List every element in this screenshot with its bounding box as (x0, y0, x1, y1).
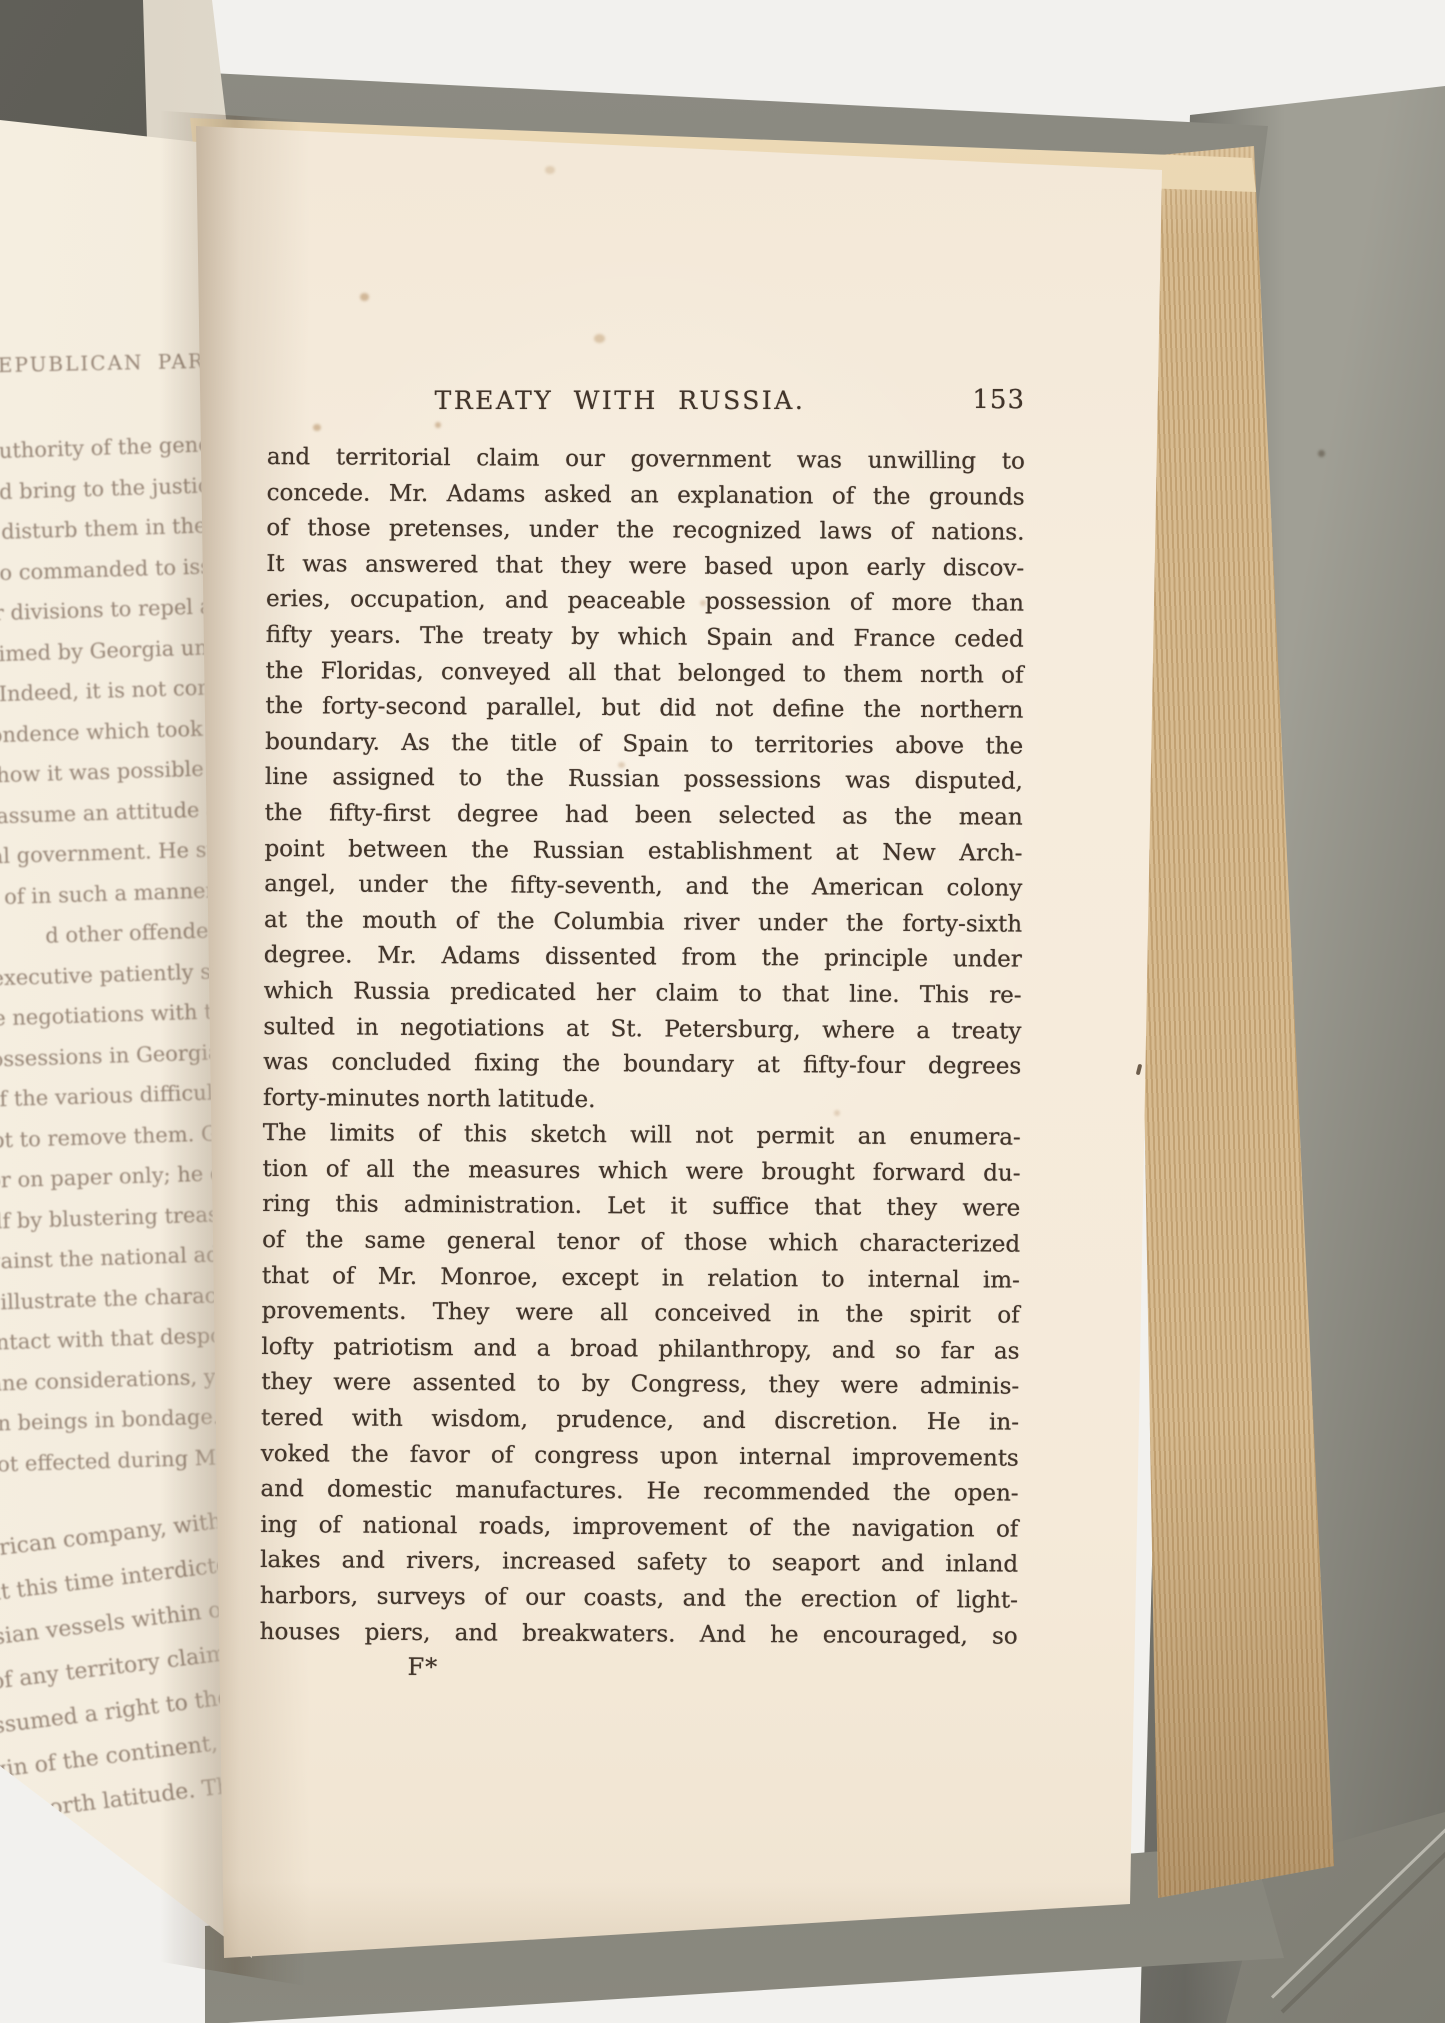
text-line: sulted in negotiations at St. Petersburg… (263, 1009, 1021, 1049)
text-line: tion of all the measures which were brou… (262, 1152, 1020, 1192)
text-line: point between the Russian establishment … (264, 832, 1022, 872)
page-number: 153 (943, 385, 1025, 415)
text-line: that of Mr. Monroe, except in relation t… (262, 1259, 1020, 1299)
foxing-spot (834, 1110, 840, 1116)
foxing-spot (360, 293, 369, 301)
foxing-spot (545, 166, 555, 174)
text-line: voked the favor of congress upon interna… (261, 1437, 1019, 1477)
text-line: tered with wisdom, prudence, and discret… (261, 1401, 1019, 1441)
foxing-spot (700, 600, 706, 606)
ink-mark (1136, 1064, 1143, 1076)
text-line: of those pretenses, under the recognized… (266, 511, 1024, 551)
text-line: was concluded fixing the boundary at fif… (263, 1045, 1021, 1085)
body-text: and territorial claim our government was… (259, 440, 1025, 1685)
running-head: TREATY WITH RUSSIA. (267, 386, 1025, 415)
text-line: the fifty-first degree had been selected… (265, 796, 1023, 836)
signature-mark: F* (407, 1653, 1017, 1685)
text-line: harbors, surveys of our coasts, and the … (260, 1579, 1018, 1619)
text-line: they were assented to by Congress, they … (261, 1365, 1019, 1405)
foxing-spot (435, 422, 441, 428)
text-line: angel, under the fifty-seventh, and the … (264, 867, 1022, 907)
text-line: and territorial claim our government was… (267, 440, 1025, 480)
text-line: boundary. As the title of Spain to terri… (265, 725, 1023, 765)
text-line: houses piers, and breakwaters. And he en… (260, 1615, 1018, 1655)
text-line: which Russia predicated her claim to tha… (264, 974, 1022, 1014)
text-line: lofty patriotism and a broad philanthrop… (261, 1330, 1019, 1370)
cover-speck (1318, 450, 1325, 457)
text-line: ing of national roads, improvement of th… (260, 1508, 1018, 1548)
text-line: lakes and rivers, increased safety to se… (260, 1543, 1018, 1583)
text-line: ring this administration. Let it suffice… (262, 1187, 1020, 1227)
text-line: and domestic manufactures. He recommende… (260, 1472, 1018, 1512)
text-line: forty-minutes north latitude. (263, 1081, 1021, 1121)
paragraph-limits: The limits of this sketch will not permi… (260, 1116, 1021, 1655)
text-line: line assigned to the Russian possessions… (265, 760, 1023, 800)
foxing-spot (618, 762, 625, 768)
text-line: at the mouth of the Columbia river under… (264, 903, 1022, 943)
text-line: It was answered that they were based upo… (266, 547, 1024, 587)
text-line: degree. Mr. Adams dissented from the pri… (264, 938, 1022, 978)
foxing-spot (313, 424, 321, 431)
foxing-spot (594, 334, 605, 343)
text-line: fifty years. The treaty by which Spain a… (266, 618, 1024, 658)
text-line: the Floridas, conveyed all that belonged… (265, 654, 1023, 694)
text-line: The limits of this sketch will not permi… (263, 1116, 1021, 1156)
book-photo: THE REPUBLICAN PART ler the authority of… (0, 0, 1445, 2023)
text-line: the forty-second parallel, but did not d… (265, 689, 1023, 729)
paragraph-treaty: and territorial claim our government was… (263, 440, 1025, 1121)
text-line: eries, occupation, and peaceable possess… (266, 582, 1024, 622)
text-line: provements. They were all conceived in t… (262, 1294, 1020, 1334)
text-line: concede. Mr. Adams asked an explanation … (267, 476, 1025, 516)
text-line: of the same general tenor of those which… (262, 1223, 1020, 1263)
